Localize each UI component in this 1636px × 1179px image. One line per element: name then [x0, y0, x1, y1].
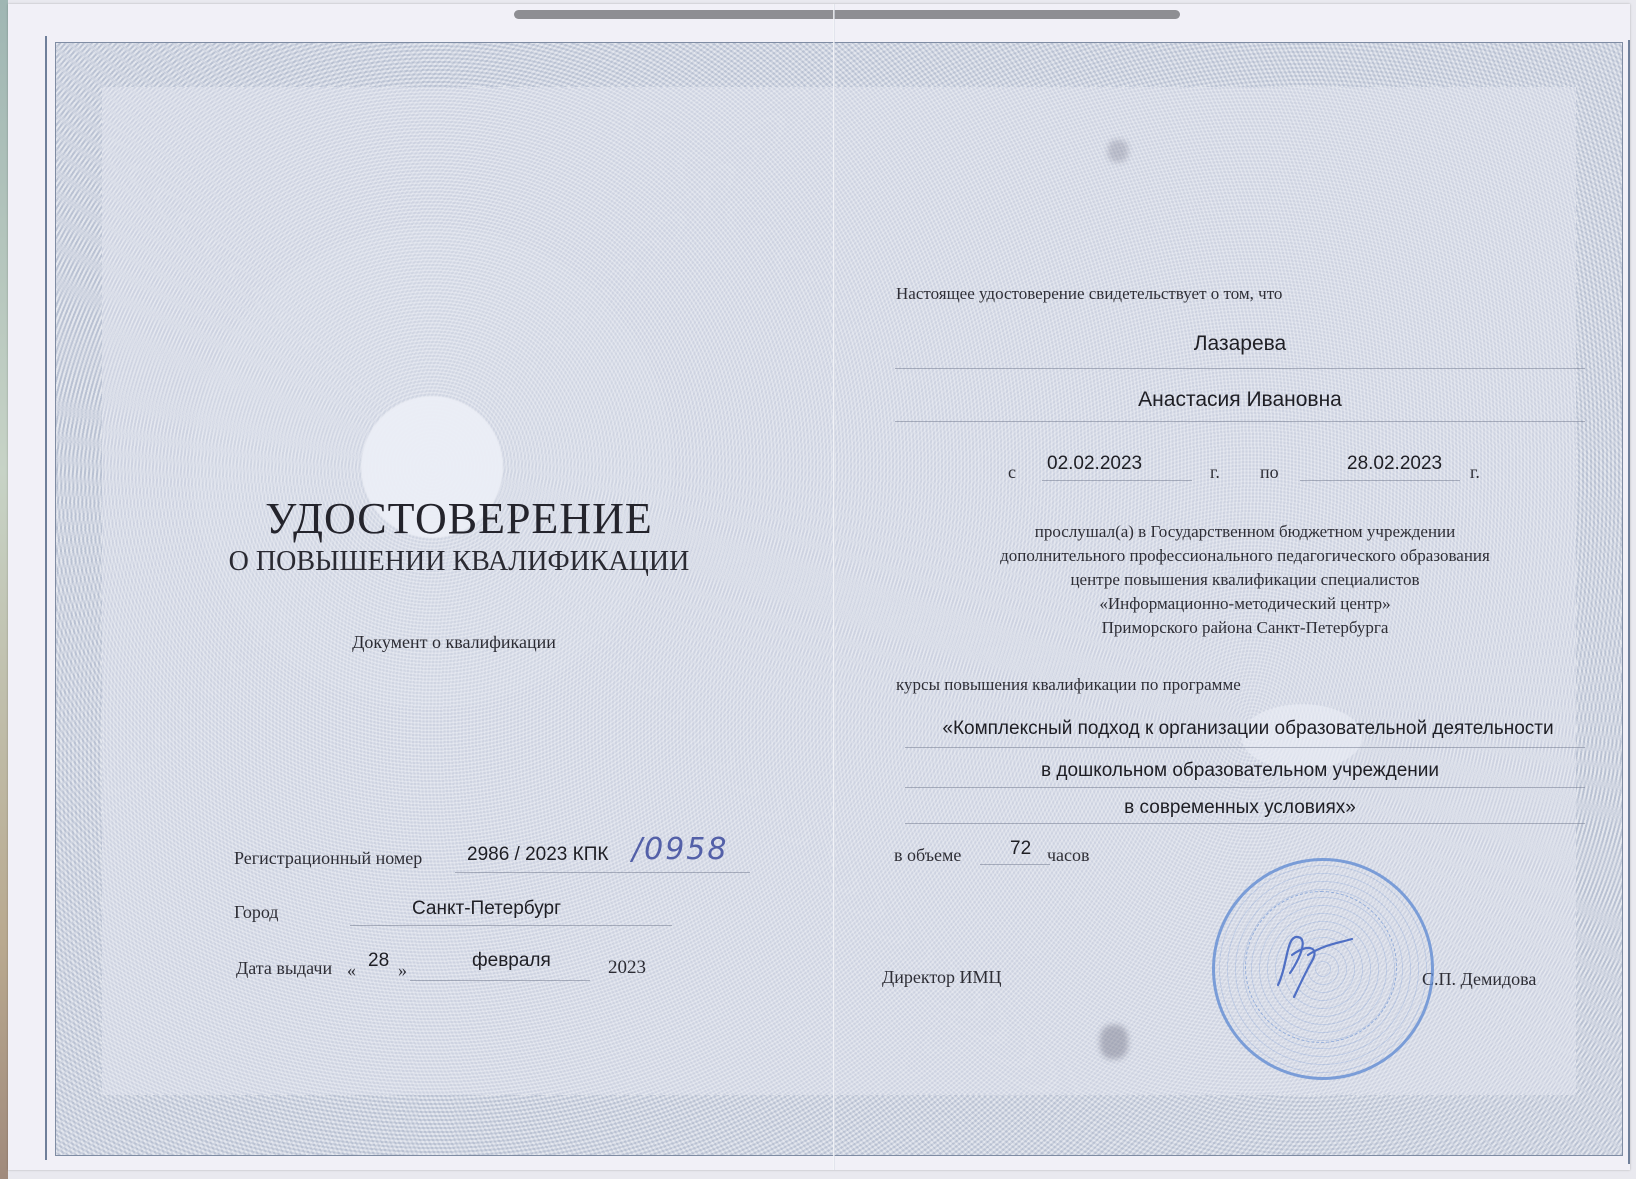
- recipient-given-names: Анастасия Ивановна: [895, 388, 1585, 412]
- period-from-underline: [1042, 480, 1192, 481]
- horizontal-scrollbar[interactable]: [514, 10, 1180, 19]
- period-to-label: по: [1260, 462, 1279, 483]
- certificate-title: УДОСТОВЕРЕНИЕ: [0, 493, 918, 544]
- border-rule-right: [1628, 40, 1630, 1164]
- volume-label: в объеме: [894, 845, 961, 866]
- period-from-label: с: [1008, 462, 1016, 483]
- volume-hours: 72: [1010, 838, 1031, 860]
- institution-line: Приморского района Санкт-Петербурга: [895, 616, 1595, 640]
- volume-underline: [980, 864, 1050, 865]
- page-fold: [833, 4, 835, 1170]
- issue-date-month: февраля: [472, 950, 551, 972]
- city-underline: [350, 925, 672, 926]
- institution-line: центре повышения квалификации специалист…: [895, 568, 1595, 592]
- signatory-position: Директор ИМЦ: [882, 967, 1002, 988]
- institution-block: прослушал(а) в Государственном бюджетном…: [895, 520, 1595, 640]
- border-rule-left: [45, 36, 47, 1160]
- issue-date-underline: [410, 980, 590, 981]
- signature-icon: [1268, 925, 1358, 1005]
- city-label: Город: [234, 902, 278, 923]
- issue-date-year: 2023: [608, 957, 646, 979]
- period-to-underline: [1300, 480, 1460, 481]
- period-to-date: 28.02.2023: [1347, 453, 1442, 475]
- registration-label: Регистрационный номер: [234, 848, 422, 869]
- program-intro: курсы повышения квалификации по программ…: [896, 673, 1241, 697]
- program-line: «Комплексный подход к организации образо…: [910, 718, 1586, 740]
- given-names-underline: [895, 421, 1585, 422]
- ink-smudge: [1100, 1025, 1128, 1059]
- program-underline: [905, 747, 1585, 748]
- registration-value: 2986 / 2023 КПК: [467, 844, 608, 866]
- program-line: в дошкольном образовательном учреждении: [895, 760, 1585, 782]
- background-edge: [0, 0, 8, 1179]
- certificate-subtitle: О ПОВЫШЕНИИ КВАЛИФИКАЦИИ: [0, 546, 918, 578]
- recipient-surname: Лазарева: [895, 332, 1585, 356]
- program-underline: [905, 787, 1585, 788]
- period-year-suffix-2: г.: [1470, 462, 1480, 483]
- signatory-name: С.П. Демидова: [1422, 969, 1536, 990]
- program-underline: [905, 823, 1585, 824]
- ink-smudge: [1108, 140, 1128, 162]
- institution-line: дополнительного профессионального педаго…: [895, 544, 1595, 568]
- institution-line: «Информационно-методический центр»: [895, 592, 1595, 616]
- issue-date-close-quote: »: [398, 960, 407, 981]
- volume-unit: часов: [1047, 845, 1090, 866]
- issue-date-label: Дата выдачи: [236, 958, 332, 979]
- registration-handwritten-number: /0958: [632, 832, 728, 867]
- document-type: Документ о квалификации: [0, 632, 908, 653]
- registration-underline: [455, 872, 750, 873]
- city-value: Санкт-Петербург: [412, 898, 561, 920]
- period-from-date: 02.02.2023: [1047, 453, 1142, 475]
- period-year-suffix-1: г.: [1210, 462, 1220, 483]
- surname-underline: [895, 368, 1585, 369]
- certificate-intro: Настоящее удостоверение свидетельствует …: [896, 282, 1282, 306]
- program-line: в современных условиях»: [895, 797, 1585, 819]
- institution-line: прослушал(а) в Государственном бюджетном…: [895, 520, 1595, 544]
- issue-date-day: 28: [368, 950, 389, 972]
- issue-date-open-quote: «: [347, 960, 356, 981]
